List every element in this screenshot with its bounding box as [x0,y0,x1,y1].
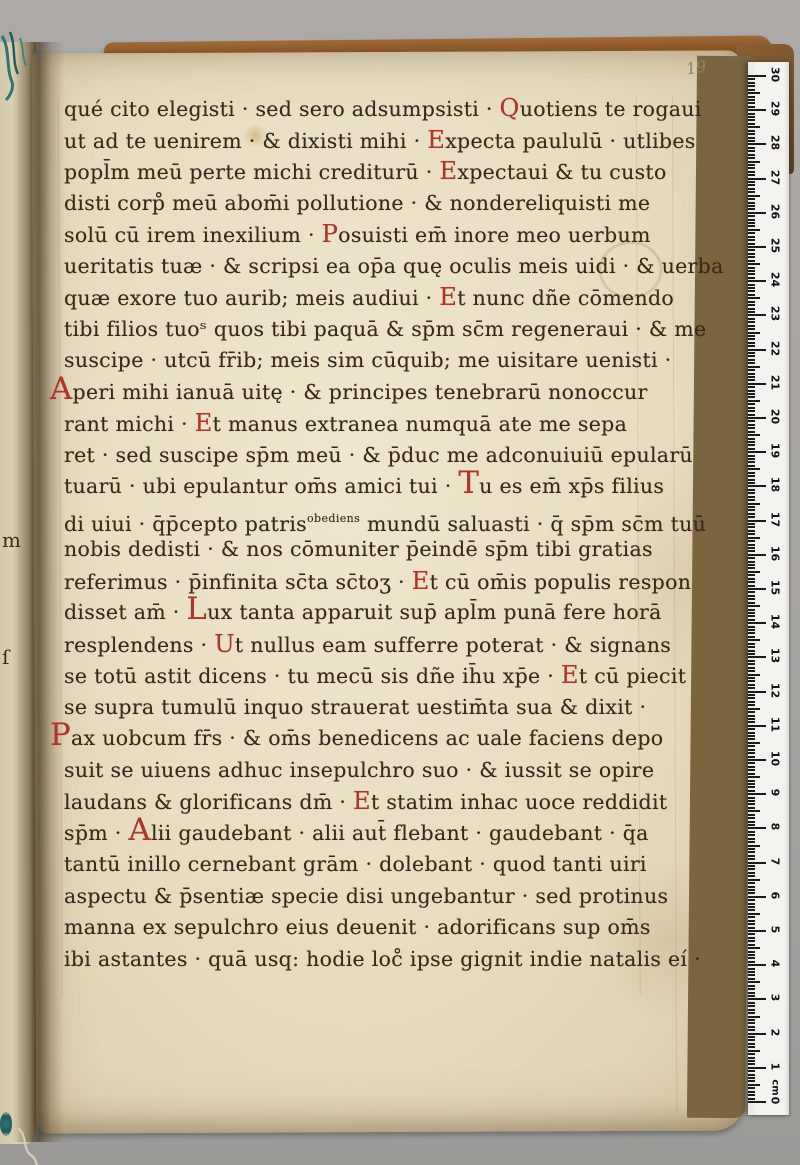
ruler-mm-tick [748,318,755,320]
ruler-mm-tick [748,838,755,840]
ruler-mm-tick [748,301,755,303]
ruler-mm-tick [748,239,755,241]
ruler-number: 26 [769,203,782,219]
ruler-mm-tick [748,708,760,710]
ruler-mm-tick [748,89,755,91]
ruler-mm-tick [748,933,755,935]
ruler-mm-tick [748,328,755,330]
ruler-mm-tick [748,872,755,874]
ruler-mm-tick [748,749,755,751]
ruler-number: 30 [769,67,782,83]
ruler-number: 29 [769,101,782,117]
ruler-mm-tick [748,297,760,299]
ruler-mm-tick [748,602,755,604]
ruler-mm-tick [748,174,755,176]
ruler-mm-tick [748,807,755,809]
manuscript-line: ret · sed suscipe sp̄m meū · & p̄duc me … [64,440,664,472]
red-initial: E [439,157,457,185]
ruler-mm-tick [748,992,755,994]
ruler-mm-tick [748,978,755,980]
ruler-cm-tick [748,280,766,282]
ruler-mm-tick [748,858,755,860]
ruler-mm-tick [748,232,755,234]
ruler-mm-tick [748,882,755,884]
red-initial: E [412,567,430,595]
ruler-mm-tick [748,1074,755,1076]
ruler-mm-tick [748,968,755,970]
ruler-mm-tick [748,270,755,272]
ruler-mm-tick [748,1080,755,1082]
ruler-mm-tick [748,161,760,163]
text-segment: peri mihi ianuā uitę · & principes teneb… [73,380,648,404]
text-segment: quæ exore tuo aurib; meis audiui · [64,286,439,310]
ruler-mm-tick [748,249,755,251]
red-initial: L [186,591,207,627]
ruler-cm-tick [748,1067,766,1069]
ruler-number: 23 [769,306,782,322]
ruler-mm-tick [748,499,755,501]
ruler-cm-tick [748,827,766,829]
ruler-number: 17 [769,511,782,527]
ruler-number: 10 [769,751,782,767]
ruler-mm-tick [748,831,755,833]
ruler-mm-tick [748,458,755,460]
text-segment: tantū inillo cernebant grām · dolebant ·… [64,852,647,876]
ruler-mm-tick [748,591,755,593]
text-segment: xpecta paululū · utlibes [445,129,695,153]
ruler-mm-tick [748,824,755,826]
ruler-mm-tick [748,643,755,645]
ruler-number: 14 [769,614,782,630]
ruler-cm-tick [748,862,766,864]
ruler-mm-tick [748,561,755,563]
ruler-number: 18 [769,477,782,493]
text-segment: mundū saluasti · q̄ sp̄m sc̄m tuū [360,512,706,536]
ruler-mm-tick [748,1091,755,1093]
ruler-mm-tick [748,157,755,159]
ruler-mm-tick [748,267,755,269]
ruler-mm-tick [748,438,755,440]
text-segment: qué cito elegisti · sed sero adsumpsisti… [64,97,500,121]
manuscript-line: aspectu & p̄sentiæ specie disi ungebantu… [64,881,664,913]
ruler-number: 11 [769,716,782,732]
text-segment: nobis dedisti · & nos cōmuniter p̄eindē … [64,537,653,561]
ruler-mm-tick [748,680,755,682]
ruler-mm-tick [748,947,760,949]
ruler-mm-tick [748,188,755,190]
manuscript-line: laudans & glorificans dm̄ · Et statim in… [64,786,664,818]
ruler-mm-tick [748,523,755,525]
text-segment: popl̄m meū perte michi crediturū · [64,160,439,184]
ruler-cm-tick [748,998,766,1000]
ruler-mm-tick [748,253,755,255]
ruler-mm-tick [748,971,755,973]
loose-thread-icon [14,1126,48,1165]
ruler-number: 2 [769,1024,782,1040]
ruler-mm-tick [748,776,760,778]
ruler-number: 27 [769,169,782,185]
ruler-mm-tick [748,906,755,908]
ruler-cm-tick [748,896,766,898]
ruler-mm-tick [748,1039,755,1041]
manuscript-line: manna ex sepulchro eius deuenit · adorif… [64,912,664,944]
manuscript-line: disti corp̊ meū abom̄i pollutione · & no… [64,188,664,220]
ruler-mm-tick [748,684,755,686]
text-segment: u es em̄ xp̄s filius [479,474,664,498]
ruler-mm-tick [748,834,755,836]
ruler-mm-tick [748,892,755,894]
ruler-mm-tick [748,567,755,569]
ruler-number: 21 [769,374,782,390]
text-segment: disti corp̊ meū abom̄i pollutione · & no… [64,191,650,215]
text-segment: lii gaudebant · alii aut̄ flebant · gaud… [151,821,649,845]
ruler-mm-tick [748,102,755,104]
ruler-mm-tick [748,355,755,357]
ruler-number: 6 [769,887,782,903]
manuscript-line: se supra tumulū inquo strauerat uestim̄t… [64,692,664,724]
ruler-cm-tick [748,622,766,624]
ruler-cm-tick [748,383,766,385]
ruler-mm-tick [748,410,755,412]
ruler-mm-tick [748,650,755,652]
ruler-mm-tick [748,465,755,467]
ruler-mm-tick [748,995,755,997]
manuscript-line: referimus · p̄infinita sc̄ta sc̄toʒ · Et… [64,566,664,598]
ruler-mm-tick [748,92,760,94]
ruler-mm-tick [748,721,755,723]
ruler-mm-tick [748,441,755,443]
ruler-scale: 3029282726252423222120191817161514131211… [748,62,789,1115]
ruler-mm-tick [748,263,760,265]
ruler-mm-tick [748,762,755,764]
ruler-mm-tick [748,626,755,628]
text-segment: rant michi · [64,412,195,436]
red-initial: P [322,220,339,248]
ruler-mm-tick [748,335,755,337]
ruler-mm-tick [748,585,755,587]
ruler-number: 25 [769,238,782,254]
ruler-mm-tick [748,920,755,922]
ruler-mm-tick [748,544,755,546]
ruler-mm-tick [748,728,755,730]
ruler-mm-tick [748,359,755,361]
text-segment: t cū om̄is populis respon [430,570,692,594]
ruler-mm-tick [748,848,755,850]
ruler-mm-tick [748,243,755,245]
ruler-mm-tick [748,126,760,128]
ruler-mm-tick [748,225,755,227]
ruler-mm-tick [748,434,760,436]
ruler-mm-tick [748,674,760,676]
ruler-mm-tick [748,472,755,474]
ruler-mm-tick [748,701,755,703]
ruler-mm-tick [748,1084,760,1086]
text-segment: solū cū irem inexilium · [64,223,322,247]
ruler-mm-tick [748,629,755,631]
ruler-mm-tick [748,332,760,334]
ruler-mm-tick [748,85,755,87]
text-segment: ax uobcum fr̄s · & om̄s benedicens ac ua… [71,726,663,750]
ruler-mm-tick [748,215,755,217]
ruler-mm-tick [748,116,755,118]
ruler-mm-tick [748,362,755,364]
ruler-cm-tick [748,246,766,248]
ruler-mm-tick [748,667,755,669]
ruler-number: 22 [769,340,782,356]
ruler-mm-tick [748,715,755,717]
folio-number: 19 [685,56,708,78]
ruler-mm-tick [748,598,755,600]
ruler-mm-tick [748,605,760,607]
ruler-mm-tick [748,810,760,812]
ruler-mm-tick [748,516,755,518]
ruler-mm-tick [748,944,755,946]
ruler-mm-tick [748,496,755,498]
ruler-mm-tick [748,202,755,204]
ruler-mm-tick [748,208,755,210]
ruler-mm-tick [748,492,755,494]
ruler-mm-tick [748,940,755,942]
ruler-mm-tick [748,735,755,737]
ruler-mm-tick [748,366,760,368]
ruler-mm-tick [748,171,755,173]
red-initial: Q [500,94,520,122]
ruler-mm-tick [748,277,755,279]
ruler-mm-tick [748,738,755,740]
ruler-mm-tick [748,468,760,470]
ruler-mm-tick [748,506,755,508]
ruler-mm-tick [748,154,755,156]
ruler-mm-tick [748,342,755,344]
ruler-mm-tick [748,325,755,327]
ruler-number: 20 [769,409,782,425]
ruler-cm-tick [748,178,766,180]
ruler-cm-tick [748,793,766,795]
ruler-mm-tick [748,222,755,224]
ruler-mm-tick [748,1057,755,1059]
ruler-mm-tick [748,133,755,135]
ruler-mm-tick [748,595,755,597]
ruler-mm-tick [748,711,755,713]
red-initial: A [50,371,73,407]
ruler-mm-tick [748,290,755,292]
ruler-mm-tick [748,431,755,433]
ruler-mm-tick [748,396,755,398]
red-initial: A [128,812,151,848]
ruler-mm-tick [748,181,755,183]
ruler-mm-tick [748,821,755,823]
ruler-mm-tick [748,660,755,662]
ruler-mm-tick [748,229,760,231]
ruler-mm-tick [748,407,755,409]
ruler-mm-tick [748,260,755,262]
ruler-mm-tick [748,954,755,956]
text-segment: ux tanta apparuit sup̄ apl̄m punā fere h… [207,600,661,624]
ruler-mm-tick [748,615,755,617]
ruler-mm-tick [748,1070,755,1072]
bookmark-thread-icon [0,1112,12,1136]
ruler-mm-tick [748,646,755,648]
ruler-mm-tick [748,482,755,484]
ruler-cm-tick [748,554,766,556]
ruler-mm-tick [748,766,755,768]
ruler-mm-tick [748,503,760,505]
ruler-mm-tick [748,786,755,788]
ruler-mm-tick [748,636,755,638]
text-segment: ret · sed suscipe sp̄m meū · & p̄duc me … [64,443,693,467]
ruler-mm-tick [748,352,755,354]
text-segment: tuarū · ubi epulantur om̄s amici tui · [64,474,458,498]
text-block: qué cito elegisti · sed sero adsumpsisti… [64,93,664,975]
ruler-mm-tick [748,1063,755,1065]
ruler-mm-tick [748,1026,755,1028]
ruler-mm-tick [748,745,755,747]
ruler-mm-tick [748,581,755,583]
ruler-mm-tick [748,119,755,121]
ruler-mm-tick [748,564,755,566]
ruler-unit-label: cm [770,1077,781,1099]
ruler-mm-tick [748,219,755,221]
ruler-mm-tick [748,113,755,115]
text-segment: disset am̄ · [64,600,186,624]
text-segment: ut ad te uenirem · & dixisti mihi · [64,129,427,153]
ruler-number: 13 [769,648,782,664]
ruler-mm-tick [748,951,755,953]
text-segment: xpectaui & tu custo [457,160,666,184]
ruler-mm-tick [748,981,760,983]
ruler-mm-tick [748,82,755,84]
red-initial: E [353,787,371,815]
ruler-mm-tick [748,284,755,286]
text-segment: t nullus eam sufferre poterat · & signan… [235,633,671,657]
ruler-number: 28 [769,135,782,151]
ruler-mm-tick [748,273,755,275]
ruler-mm-tick [748,886,755,888]
ruler-mm-tick [748,540,755,542]
ruler-mm-tick [748,294,755,296]
ruler-mm-tick [748,769,755,771]
ruler-mm-tick [748,123,755,125]
ruler-mm-tick [748,1094,755,1096]
ruler-mm-tick [748,619,755,621]
ruler-mm-tick [748,1046,755,1048]
text-segment: manna ex sepulchro eius deuenit · adorif… [64,915,651,939]
ruler-mm-tick [748,752,755,754]
ruler-mm-tick [748,150,755,152]
red-initial: P [50,717,71,753]
ruler-mm-tick [748,879,760,881]
ruler-mm-tick [748,1016,760,1018]
ruler-mm-tick [748,923,755,925]
ruler-mm-tick [748,653,755,655]
ruler-mm-tick [748,137,755,139]
ruler-mm-tick [748,985,755,987]
ruler-cm-tick [748,314,766,316]
ruler-number: 3 [769,990,782,1006]
ruler-mm-tick [748,164,755,166]
text-segment: referimus · p̄infinita sc̄ta sc̄toʒ · [64,570,412,594]
ruler-mm-tick [748,537,760,539]
ruler-cm-tick [748,691,766,693]
text-segment: t nunc dñe cōmendo [457,286,674,310]
ruler-cm-tick [748,212,766,214]
ruler-mm-tick [748,461,755,463]
ruler-mm-tick [748,369,755,371]
ruler-mm-tick [748,732,755,734]
manuscript-line: ueritatis tuæ · & scripsi ea op̄a quę oc… [64,251,664,283]
ruler-mm-tick [748,1053,755,1055]
text-segment: ibi astantes · quā usq: hodie loc̊ ipse … [64,947,701,971]
ruler-mm-tick [748,704,755,706]
ruler-mm-tick [748,1036,755,1038]
ruler-mm-tick [748,414,755,416]
text-segment: ueritatis tuæ · & scripsi ea op̄a quę oc… [64,254,724,278]
ruler-mm-tick [748,321,755,323]
ruler-mm-tick [748,167,755,169]
ruler-cm-tick [748,485,766,487]
interlinear-note: obediens [307,512,360,525]
ruler-cm-tick [748,725,766,727]
ruler-mm-tick [748,205,755,207]
ruler-mm-tick [748,338,755,340]
ruler-mm-tick [748,571,760,573]
text-segment: aspectu & p̄sentiæ specie disi ungebantu… [64,884,668,908]
ruler-mm-tick [748,1029,755,1031]
text-segment: di uiui · q̄p̄cepto patris [64,512,307,536]
ruler-mm-tick [748,609,755,611]
ruler-mm-tick [748,773,755,775]
red-initial: U [214,630,235,658]
manuscript-line: disset am̄ · Lux tanta apparuit sup̄ apl… [64,597,664,629]
red-initial: E [439,283,457,311]
ruler-mm-tick [748,444,755,446]
manuscript-line: suit se uiuens adhuc insepulchro suo · &… [64,755,664,787]
ruler-mm-tick [748,393,755,395]
ruler-mm-tick [748,974,755,976]
text-segment: suscipe · utcū fr̄ib; meis sim cūquib; m… [64,348,672,372]
ruler-mm-tick [748,513,755,515]
ruler-mm-tick [748,670,755,672]
ruler-mm-tick [748,909,755,911]
manuscript-line: Pax uobcum fr̄s · & om̄s benedicens ac u… [50,723,664,755]
manuscript-line: di uiui · q̄p̄cepto patrisobediens mundū… [64,503,664,535]
manuscript-line: quæ exore tuo aurib; meis audiui · Et nu… [64,282,664,314]
text-segment: resplendens · [64,633,214,657]
ruler-mm-tick [748,489,755,491]
ruler-mm-tick [748,916,755,918]
ruler-mm-tick [748,742,760,744]
gutter-shadow [12,42,64,1142]
ruler-mm-tick [748,845,760,847]
ruler-mm-tick [748,855,755,857]
ruler-number: 1 [769,1058,782,1074]
ruler-mm-tick [748,308,755,310]
manuscript-line: ibi astantes · quā usq: hodie loc̊ ipse … [64,944,664,976]
ruler-mm-tick [748,1043,755,1045]
ruler-mm-tick [748,913,760,915]
ruler-mm-tick [748,697,755,699]
manuscript-line: tantū inillo cernebant grām · dolebant ·… [64,849,664,881]
ruler-mm-tick [748,390,755,392]
ruler-number: 4 [769,956,782,972]
ruler-mm-tick [748,455,755,457]
ruler-mm-tick [748,195,760,197]
ruler-mm-tick [748,376,755,378]
manuscript-line: rant michi · Et manus extranea numquā at… [64,408,664,440]
ruler-mm-tick [748,632,755,634]
ruler-mm-tick [748,694,755,696]
ruler-mm-tick [748,345,755,347]
